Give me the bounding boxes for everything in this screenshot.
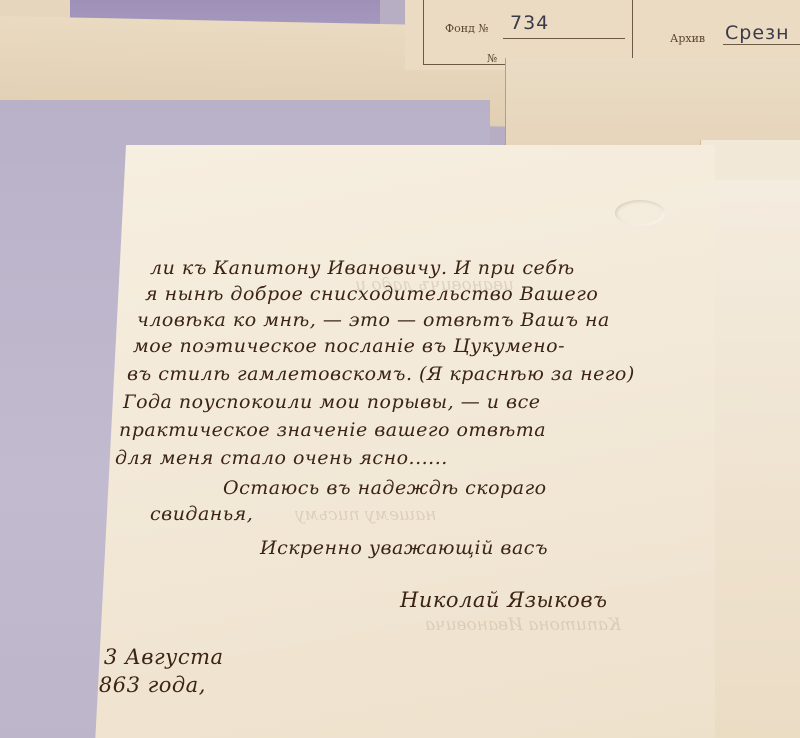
letter-line: въ стилѣ гамлетовскомъ. (Я краснѣю за не… xyxy=(127,363,635,385)
archive-value: Срезн xyxy=(725,22,790,44)
bleed-through-text: Капитона Ивановича xyxy=(425,615,621,635)
letter-line: для меня стало очень ясно...... xyxy=(115,447,448,469)
fond-underline xyxy=(503,38,625,39)
archive-underline xyxy=(723,44,800,45)
fond-value: 734 xyxy=(510,12,549,34)
bleed-through-text: нашему письму xyxy=(295,505,437,525)
letter-line: мое поэтическое посланіе въ Цукумено- xyxy=(133,335,565,357)
signature: Николай Языковъ xyxy=(400,588,608,612)
letter-line: Года поуспокоили мои порывы, — и все xyxy=(123,391,541,413)
embossed-stamp xyxy=(615,200,665,226)
letter-line: чловѣка ко мнѣ, — это — отвѣтъ Вашъ на xyxy=(137,309,610,331)
closing-line: свиданья, xyxy=(150,503,253,525)
closing-line: Остаюсь въ надеждѣ скораго xyxy=(223,477,547,499)
letter-line: я нынѣ доброе снисходительство Вашего xyxy=(145,283,598,305)
handwritten-letter: ивановичъ ладо и нашему письму Капитона … xyxy=(95,145,715,738)
letter-line: практическое значеніе вашего отвѣта xyxy=(119,419,546,441)
letter-line: ли къ Капитону Ивановичу. И при себѣ xyxy=(150,257,575,279)
closing-line: Искренно уважающій васъ xyxy=(260,537,548,559)
letter-facing-page xyxy=(715,180,800,738)
date-year: 1863 года, xyxy=(85,673,206,697)
date-day: 13 Августа xyxy=(90,645,224,669)
archive-label: Архив xyxy=(670,32,705,45)
fond-label: Фонд № xyxy=(445,22,489,35)
opis-label: № xyxy=(487,52,497,65)
